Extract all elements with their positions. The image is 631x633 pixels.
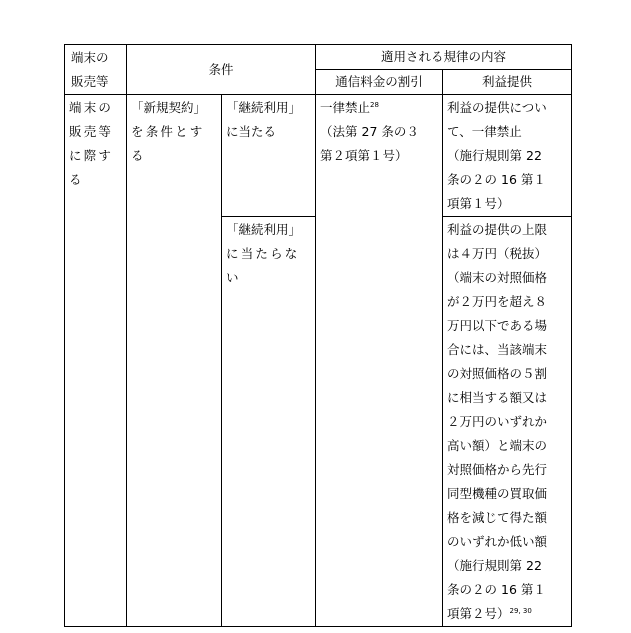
cell-condition-line: 「新規契約」 [131,96,217,120]
cell-benefit1-line: 項第１号） [447,192,567,216]
header-sales-terminal-line1: 端末の [71,46,122,70]
cell-benefit2-line: の対照価格の５割 [447,362,567,386]
header-sales-terminal: 端末の 販売等 [65,45,127,95]
cell-continued-use-yes: 「継続利用」 に当たる [222,95,316,217]
cell-scope-line: 販売等 [69,120,122,144]
regulation-table: 端末の 販売等 条件 適用される規律の内容 通信料金の割引 利益提供 端末の 販… [64,44,572,627]
cell-scope-line: に際す [69,144,122,168]
cell-benefit2-line: 同型機種の買取価 [447,482,567,506]
cell-benefit2-line: に相当する額又は [447,386,567,410]
header-conditions: 条件 [127,45,316,95]
cell-benefit1-line: 利益の提供につい [447,96,567,120]
cell-benefit2-line: 対照価格から先行 [447,458,567,482]
cell-condition-line: を条件とす [131,120,217,144]
cell-scope: 端末の 販売等 に際す る [65,95,127,627]
cell-discount-line: （法第 27 条の３ [320,120,438,144]
cell-benefit2-line: 万円以下である場 [447,314,567,338]
cell-sub2-line: に当たらな [226,242,311,266]
cell-benefit2-line: 利益の提供の上限 [447,218,567,242]
benefit2-last-text: 項第２号） [447,606,510,621]
discount-text: 一律禁止 [320,100,370,115]
cell-benefit2-line: 条の２の 16 第１ [447,578,567,602]
cell-benefit2-line: 高い額）と端末の [447,434,567,458]
cell-benefit2-line: （施行規則第 22 [447,554,567,578]
cell-benefit-rule-2: 利益の提供の上限 は４万円（税抜） （端末の対照価格 が２万円を超え８ 万円以下… [443,217,572,627]
cell-sub2-line: 「継続利用」 [226,218,311,242]
cell-scope-line: る [69,168,122,192]
cell-scope-line: 端末の [69,96,122,120]
cell-benefit2-line: ２万円のいずれか [447,410,567,434]
cell-benefit2-line: （端末の対照価格 [447,266,567,290]
cell-sub1-line: に当たる [226,120,311,144]
header-applied-rules: 適用される規律の内容 [316,45,572,70]
cell-discount-rule: 一律禁止28 （法第 27 条の３ 第２項第１号） [316,95,443,627]
cell-benefit2-line: は４万円（税抜） [447,242,567,266]
cell-benefit1-line: 条の２の 16 第１ [447,168,567,192]
cell-discount-line: 第２項第１号） [320,144,438,168]
cell-benefit2-line: のいずれか低い額 [447,530,567,554]
header-discount: 通信料金の割引 [316,70,443,95]
cell-benefit2-line: 項第２号）29, 30 [447,602,567,626]
footnote-ref: 29, 30 [510,607,532,615]
cell-benefit-rule-1: 利益の提供につい て、一律禁止 （施行規則第 22 条の２の 16 第１ 項第１… [443,95,572,217]
header-sales-terminal-line2: 販売等 [71,70,122,94]
footnote-ref: 28 [370,101,379,109]
cell-benefit2-line: が２万円を超え８ [447,290,567,314]
cell-discount-line: 一律禁止28 [320,96,438,120]
cell-benefit1-line: （施行規則第 22 [447,144,567,168]
cell-benefit2-line: 合には、当該端末 [447,338,567,362]
cell-condition-line: る [131,144,217,168]
header-benefit: 利益提供 [443,70,572,95]
cell-benefit1-line: て、一律禁止 [447,120,567,144]
cell-new-contract-condition: 「新規契約」 を条件とす る [127,95,222,627]
cell-sub2-line: い [226,266,311,290]
cell-benefit2-line: 格を減じて得た額 [447,506,567,530]
cell-sub1-line: 「継続利用」 [226,96,311,120]
cell-continued-use-no: 「継続利用」 に当たらな い [222,217,316,627]
